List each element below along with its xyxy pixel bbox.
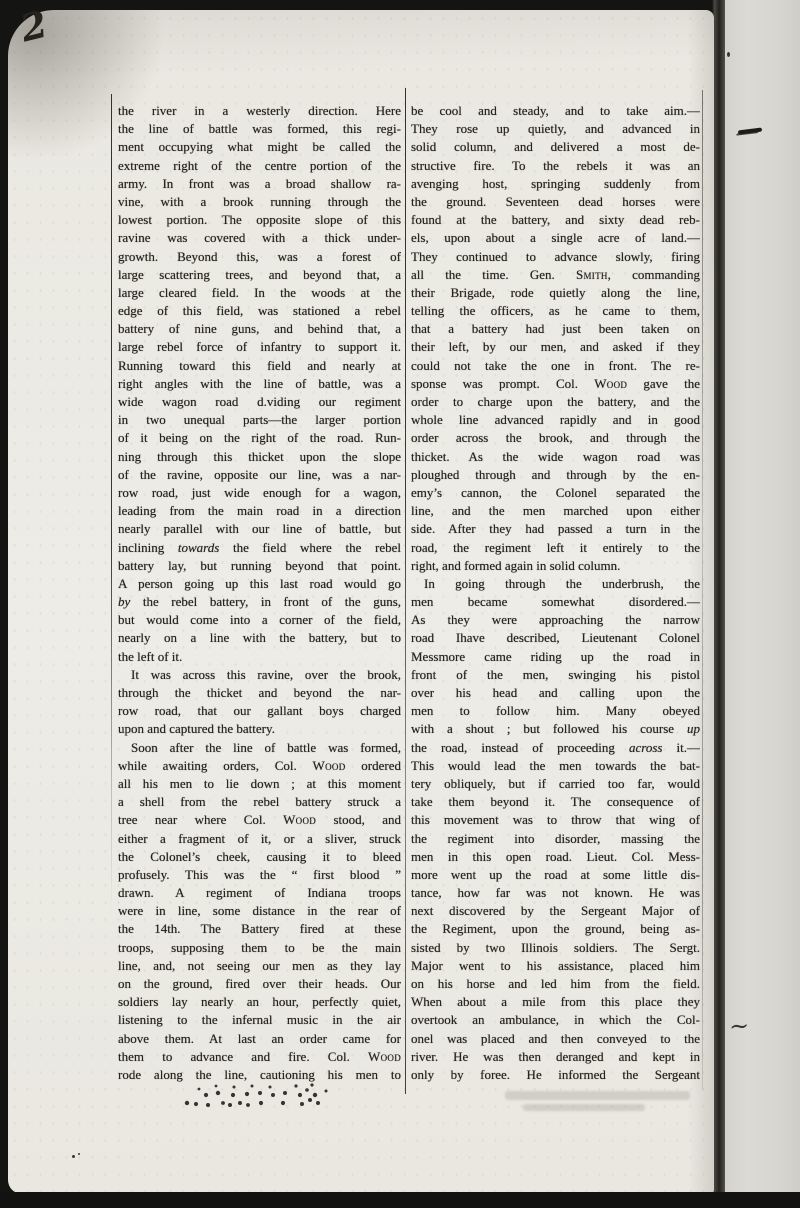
text-line: the left of it. [118,648,401,666]
text-line: When about a mile from this place they [411,993,700,1011]
text-line: sponse was prompt. Col. Wood gave the [411,375,700,393]
text-line: river. He was then deranged and kept in [411,1048,700,1066]
ink-speck [78,1153,80,1155]
text-line: in two unequal parts—the larger portion [118,411,401,429]
text-line: structive fire. To the rebels it was an [411,157,700,175]
article-column-left: the river in a westerly direction. Heret… [118,102,401,1084]
text-line: telling the officers, as he came to them… [411,302,700,320]
text-line: while awaiting orders, Col. Wood ordered [118,757,401,775]
text-line: on the ground, fired over their heads. O… [118,975,401,993]
text-line: Soon after the line of battle was formed… [118,739,401,757]
text-line: the regiment into disorder, massing the [411,830,700,848]
text-line: ploughed through and through by the en- [411,466,700,484]
paragraph: Soon after the line of battle was formed… [118,739,401,1085]
text-line: of it being on the right of the road. Ru… [118,429,401,447]
text-line: a shell from the rebel battery struck a [118,793,401,811]
text-line: ravine was covered with a thick under- [118,229,401,247]
paragraph: be cool and steady, and to take aim.—The… [411,102,700,575]
text-line: Messmore came riding up the road in [411,648,700,666]
text-line: extreme right of the centre portion of t… [118,157,401,175]
text-line: ment occupying what might be called the [118,138,401,156]
text-line: found at the battery, and sixty dead reb… [411,211,700,229]
text-line: large rebel force of infantry to support… [118,338,401,356]
text-line: listening to the infernal music in the a… [118,1011,401,1029]
faded-print-smudge [523,1104,645,1111]
text-line: They continued to advance slowly, firing [411,248,700,266]
pen-squiggle-mark: ~ [728,1013,750,1038]
text-line: this movement was to throw that wing of [411,811,700,829]
text-line: tery obliquely, but if carried too far, … [411,775,700,793]
text-line: right angles with the line of battle, wa… [118,375,401,393]
text-line: row road, that our gallant boys charged [118,702,401,720]
text-line: onel was placed and then conveyed to the [411,1030,700,1048]
text-line: upon and captured the battery. [118,720,401,738]
text-line: their left, by our men, and asked if the… [411,338,700,356]
text-line: right, and formed again in solid column. [411,557,700,575]
text-line: battery of nine guns, and behind that, a [118,320,401,338]
text-line: Running toward this field and nearly at [118,357,401,375]
text-line: soldiers lay nearly an hour, perfectly q… [118,993,401,1011]
column-rule-left [111,94,112,912]
text-line: whole line advanced rapidly and in good [411,411,700,429]
text-line: the ground. Seventeen dead horses were [411,193,700,211]
text-line: their Brigade, rode quietly along the li… [411,284,700,302]
text-line: sisted by two Illinois soldiers. The Ser… [411,939,700,957]
text-line: more went up the road at some little dis… [411,866,700,884]
text-line: solid column, and delivered a most de- [411,138,700,156]
text-line: They rose up quietly, and advanced in [411,120,700,138]
text-line: inclining towards the field where the re… [118,539,401,557]
text-line: leading from the main road in a directio… [118,502,401,520]
text-line: either a fragment of it, or a sliver, st… [118,830,401,848]
text-line: As they were approaching the narrow [411,611,700,629]
text-line: line, and the men marched upon either [411,502,700,520]
text-line: all his men to lie down ; at this moment [118,775,401,793]
ink-speck [727,52,730,57]
text-line: It was across this ravine, over the broo… [118,666,401,684]
text-line: growth. Beyond this, was a forest of [118,248,401,266]
text-line: tance, how far was not known. He was [411,884,700,902]
text-line: battery lay, but running beyond that poi… [118,557,401,575]
text-line: thicket. As the wide wagon road was [411,448,700,466]
paragraph: It was across this ravine, over the broo… [118,666,401,739]
text-line: A person going up this last road would g… [118,575,401,593]
text-line: edge of this field, was stationed a rebe… [118,302,401,320]
text-line: row road, just wide enough for a wagon, [118,484,401,502]
text-line: the line of battle was formed, this regi… [118,120,401,138]
text-line: road, the regiment left it entirely to t… [411,539,700,557]
text-line: all the time. Gen. Smith, commanding [411,266,700,284]
scanned-newspaper-page: 2 the river in a westerly direction. Her… [0,0,800,1208]
text-line: but would come into a corner of the fiel… [118,611,401,629]
text-line: overtook an ambulance, in which the Col- [411,1011,700,1029]
text-line: wide wagon road d.viding our regiment [118,393,401,411]
text-line: men became somewhat disordered.— [411,593,700,611]
text-line: large scattering trees, and beyond that,… [118,266,401,284]
text-line: them to advance and fire. Col. Wood [118,1048,401,1066]
newspaper-page: 2 the river in a westerly direction. Her… [8,10,714,1194]
text-line: men in this open road. Lieut. Col. Mess- [411,848,700,866]
text-line: the river in a westerly direction. Here [118,102,401,120]
column-rule-right [702,90,703,1090]
text-line: the Colonel’s cheek, causing it to bleed [118,848,401,866]
text-line: take them beyond it. The consequence of [411,793,700,811]
text-line: the 14th. The Battery fired at these [118,920,401,938]
text-line: els, upon about a single acre of land.— [411,229,700,247]
text-line: on his horse and led him from the field. [411,975,700,993]
ink-speck [72,1155,75,1158]
text-line: that a battery had just been taken on [411,320,700,338]
text-line: rode along the line, cautioning his men … [118,1066,401,1084]
text-line: next discovered by the Sergeant Major of [411,902,700,920]
paragraph: In going through the underbrush, themen … [411,575,700,1084]
text-line: lowest portion. The opposite slope of th… [118,211,401,229]
text-line: large cleared field. In the woods at the [118,284,401,302]
text-line: with a shout ; but followed his course u… [411,720,700,738]
text-line: In going through the underbrush, the [411,575,700,593]
scan-border-bottom [0,1192,800,1208]
text-line: army. In front was a broad shallow ra- [118,175,401,193]
text-line: tree near where Col. Wood stood, and [118,811,401,829]
text-line: emy’s cannon, the Colonel separated the [411,484,700,502]
text-line: by the rebel battery, in front of the gu… [118,593,401,611]
text-line: vine, with a brook running through the [118,193,401,211]
text-line: front of the men, swinging his pistol [411,666,700,684]
text-line: ning through this thicket upon the slope [118,448,401,466]
text-line: above them. At last an order came for [118,1030,401,1048]
handwritten-page-number: 2 [17,5,51,47]
text-line: side. After they had passed a turn in th… [411,520,700,538]
text-line: drawn. A regiment of Indiana troops [118,884,401,902]
text-line: over his head and calling upon the [411,684,700,702]
paragraph: the river in a westerly direction. Heret… [118,102,401,666]
faded-print-smudge [505,1091,690,1100]
text-line: This would lead the men towards the bat- [411,757,700,775]
article-column-right: be cool and steady, and to take aim.—The… [411,102,700,1084]
text-line: only by foree. He informed the Sergeant [411,1066,700,1084]
text-line: be cool and steady, and to take aim.— [411,102,700,120]
text-line: the road, instead of proceeding across i… [411,739,700,757]
column-divider-rule [405,88,406,1094]
text-line: nearly parallel with our line of battle,… [118,520,401,538]
text-line: troops, supposing them to be the main [118,939,401,957]
text-line: Major went to his assistance, placed him [411,957,700,975]
text-line: line, and, not seeing our men as they la… [118,957,401,975]
text-line: order to charge upon the battery, and th… [411,393,700,411]
text-line: avenging host, springing suddenly from [411,175,700,193]
text-line: through the thicket and beyond the nar- [118,684,401,702]
text-line: profusely. This was the “ first blood ” [118,866,401,884]
text-line: were in line, some distance in the rear … [118,902,401,920]
text-line: nearly on a line with the battery, but t… [118,629,401,647]
text-line: road Ihave described, Lieutenant Colonel [411,629,700,647]
text-line: the Regiment, upon the ground, being as- [411,920,700,938]
text-line: order across the brook, and through the [411,429,700,447]
text-line: men to follow him. Many obeyed [411,702,700,720]
text-line: could not take the one in front. The re- [411,357,700,375]
text-line: of the ravine, opposite our line, was a … [118,466,401,484]
